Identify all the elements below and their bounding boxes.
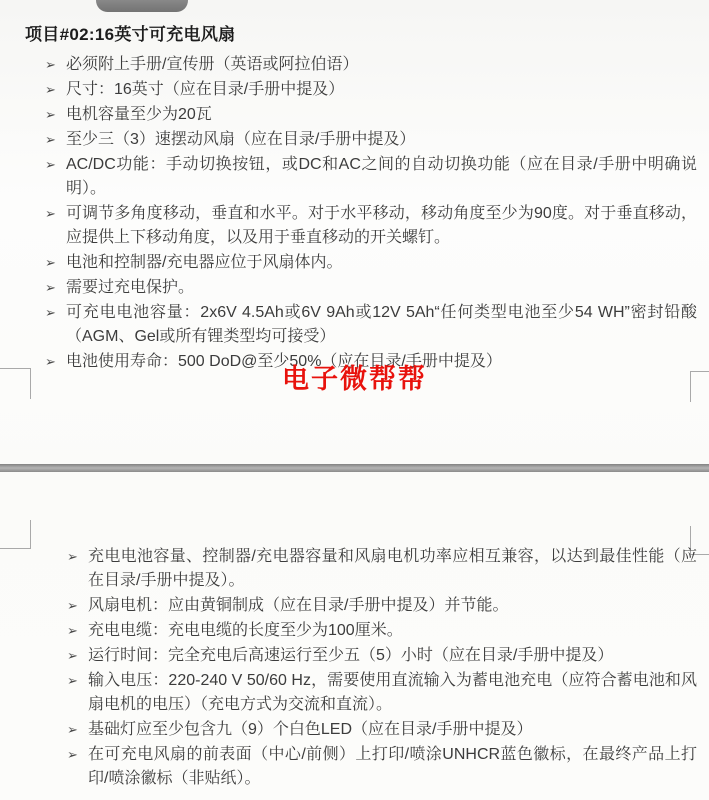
arrow-bullet-icon: ➢ [45, 202, 56, 226]
spec-item-text: 基础灯应至少包含九（9）个白色LED（应在目录/手册中提及） [88, 721, 532, 738]
spec-item: ➢需要过充电保护。 [45, 276, 697, 300]
spec-item: ➢至少三（3）速摆动风扇（应在目录/手册中提及） [45, 128, 697, 152]
text-boundary-mark-page1-right [690, 371, 709, 402]
arrow-bullet-icon: ➢ [45, 276, 56, 300]
spec-item-text: 风扇电机：应由黄铜制成（应在目录/手册中提及）并节能。 [88, 597, 508, 614]
spec-item: ➢AC/DC功能：手动切换按钮，或DC和AC之间的自动切换功能（应在目录/手册中… [45, 153, 697, 201]
arrow-bullet-icon: ➢ [67, 718, 78, 742]
spec-item-text: 运行时间：完全充电后高速运行至少五（5）小时（应在目录/手册中提及） [88, 647, 613, 664]
arrow-bullet-icon: ➢ [45, 128, 56, 152]
arrow-bullet-icon: ➢ [67, 619, 78, 643]
spec-item: ➢充电电缆：充电电缆的长度至少为100厘米。 [67, 619, 697, 643]
spec-item-text: 电机容量至少为20瓦 [66, 106, 212, 123]
spec-item-text: 可充电电池容量：2x6V 4.5Ah或6V 9Ah或12V 5Ah“任何类型电池… [66, 304, 697, 345]
red-watermark: 电子微帮帮 [0, 357, 709, 396]
spec-list-page2: ➢充电电池容量、控制器/充电器容量和风扇电机功率应相互兼容，以达到最佳性能（应在… [67, 545, 697, 792]
spec-item: ➢尺寸：16英寸（应在目录/手册中提及） [45, 78, 697, 102]
spec-item: ➢基础灯应至少包含九（9）个白色LED（应在目录/手册中提及） [67, 718, 697, 742]
spec-item-text: 需要过充电保护。 [66, 279, 194, 296]
arrow-bullet-icon: ➢ [45, 78, 56, 102]
spec-list-page1: ➢必须附上手册/宣传册（英语或阿拉伯语） ➢尺寸：16英寸（应在目录/手册中提及… [45, 53, 697, 375]
arrow-bullet-icon: ➢ [67, 669, 78, 693]
arrow-bullet-icon: ➢ [45, 153, 56, 177]
arrow-bullet-icon: ➢ [45, 301, 56, 325]
arrow-bullet-icon: ➢ [45, 251, 56, 275]
spec-item-text: 在可充电风扇的前表面（中心/前侧）上打印/喷涂UNHCR蓝色徽标，在最终产品上打… [88, 746, 697, 787]
arrow-bullet-icon: ➢ [67, 743, 78, 767]
arrow-bullet-icon: ➢ [45, 53, 56, 77]
text-boundary-mark-page2-left [0, 520, 31, 549]
text-boundary-mark-page1-left [0, 368, 31, 399]
spec-item: ➢风扇电机：应由黄铜制成（应在目录/手册中提及）并节能。 [67, 594, 697, 618]
scan-artifact-blob [96, 0, 188, 12]
spec-item: ➢电池和控制器/充电器应位于风扇体内。 [45, 251, 697, 275]
arrow-bullet-icon: ➢ [67, 594, 78, 618]
page-title: 项目#02:16英寸可充电风扇 [25, 20, 235, 45]
spec-item-text: 输入电压：220-240 V 50/60 Hz，需要使用直流输入为蓄电池充电（应… [88, 672, 697, 713]
spec-item-text: 电池和控制器/充电器应位于风扇体内。 [66, 254, 342, 271]
spec-item: ➢输入电压：220-240 V 50/60 Hz，需要使用直流输入为蓄电池充电（… [67, 669, 697, 717]
spec-item: ➢运行时间：完全充电后高速运行至少五（5）小时（应在目录/手册中提及） [67, 644, 697, 668]
page-break-separator [0, 464, 709, 472]
spec-item: ➢在可充电风扇的前表面（中心/前侧）上打印/喷涂UNHCR蓝色徽标，在最终产品上… [67, 743, 697, 791]
arrow-bullet-icon: ➢ [45, 103, 56, 127]
spec-item-text: 充电电缆：充电电缆的长度至少为100厘米。 [88, 622, 403, 639]
spec-item-text: AC/DC功能：手动切换按钮，或DC和AC之间的自动切换功能（应在目录/手册中明… [66, 156, 697, 197]
arrow-bullet-icon: ➢ [67, 545, 78, 569]
spec-item-text: 可调节多角度移动，垂直和水平。对于水平移动，移动角度至少为90度。对于垂直移动，… [66, 205, 697, 246]
spec-item-text: 必须附上手册/宣传册（英语或阿拉伯语） [66, 56, 358, 73]
spec-item-text: 至少三（3）速摆动风扇（应在目录/手册中提及） [66, 131, 415, 148]
spec-item: ➢充电电池容量、控制器/充电器容量和风扇电机功率应相互兼容，以达到最佳性能（应在… [67, 545, 697, 593]
arrow-bullet-icon: ➢ [67, 644, 78, 668]
spec-item-text: 充电电池容量、控制器/充电器容量和风扇电机功率应相互兼容，以达到最佳性能（应在目… [88, 548, 697, 589]
spec-item: ➢电机容量至少为20瓦 [45, 103, 697, 127]
spec-item: ➢可充电电池容量：2x6V 4.5Ah或6V 9Ah或12V 5Ah“任何类型电… [45, 301, 697, 349]
spec-item: ➢可调节多角度移动，垂直和水平。对于水平移动，移动角度至少为90度。对于垂直移动… [45, 202, 697, 250]
spec-item: ➢必须附上手册/宣传册（英语或阿拉伯语） [45, 53, 697, 77]
spec-item-text: 尺寸：16英寸（应在目录/手册中提及） [66, 81, 344, 98]
